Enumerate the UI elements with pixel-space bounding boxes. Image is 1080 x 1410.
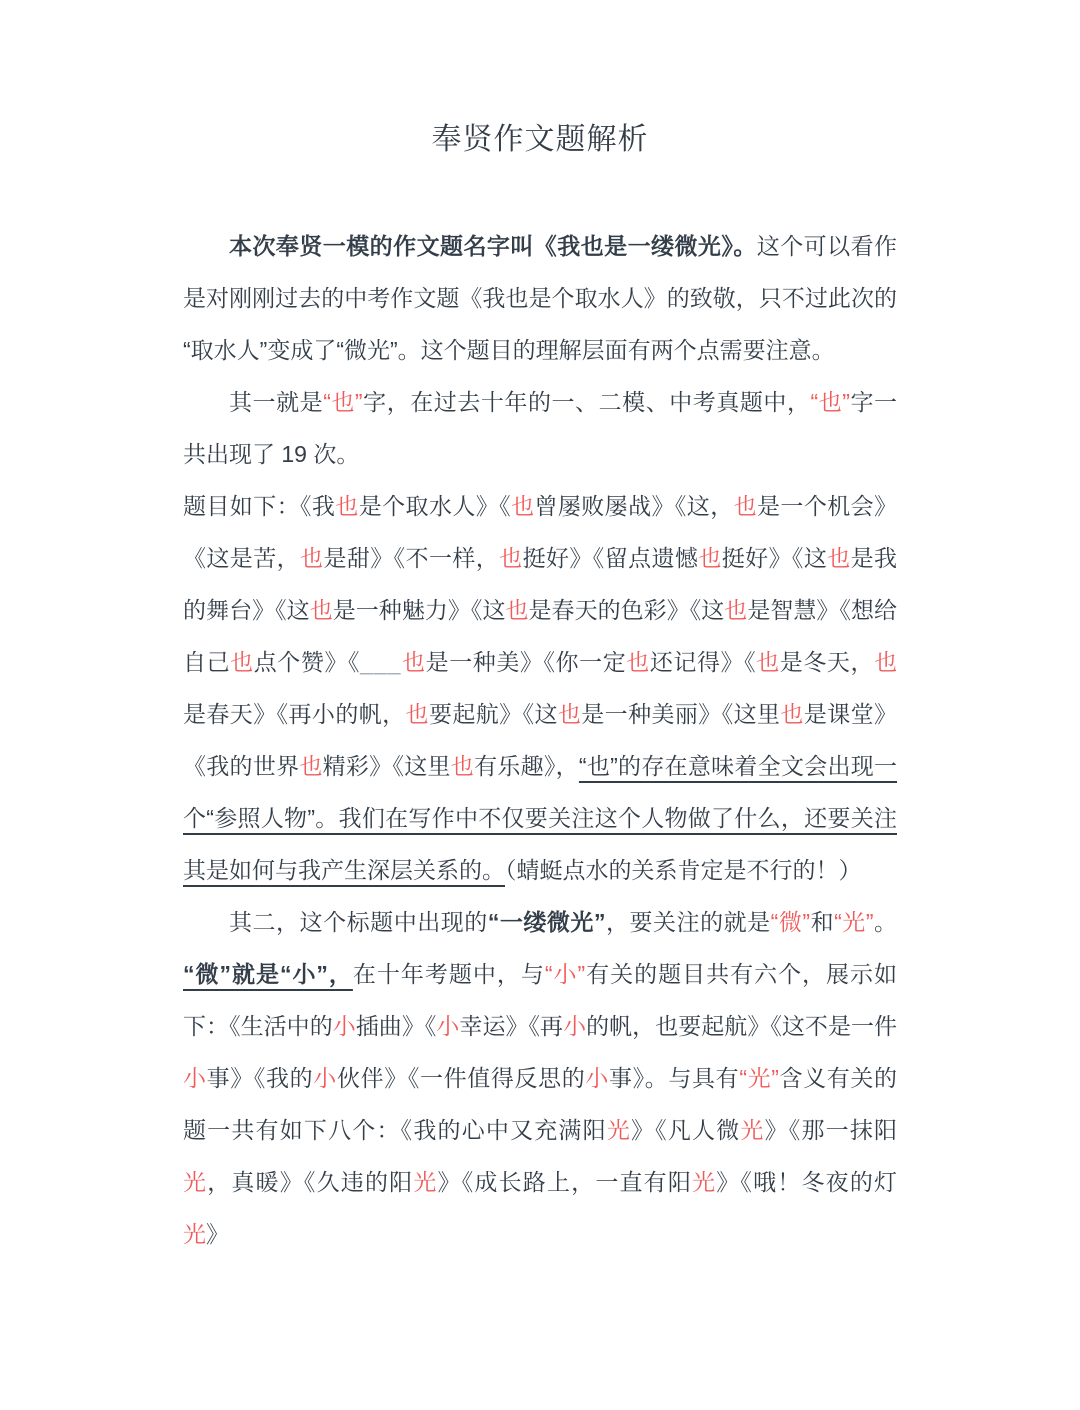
text-segment: 其二，这个标题中出现的 [229,909,488,935]
highlight-red-text: 也 [230,649,254,675]
text-segment: 精彩》《这里 [323,753,451,779]
text-segment: 是一种魅力》《这 [333,597,506,623]
text-segment: 是春天的色彩》《这 [529,597,725,623]
text-segment: 》 [206,1221,229,1247]
paragraph: 题目如下：《我也是个取水人》《也曾屡败屡战》《这，也是一个机会》《这是苦，也是甜… [183,480,897,896]
highlight-red-text: 也 [406,701,429,727]
highlight-red-text: 也 [335,493,358,519]
text-segment: 点个赞》《 [254,649,360,675]
text-segment: 还记得》《 [650,649,756,675]
blank-underline: ___ [360,649,401,675]
highlight-red-text: 也 [401,649,425,675]
text-segment: 在十年考题中，与 [353,961,545,987]
highlight-red-text: “光” [739,1065,779,1091]
highlight-red-text: “也” [811,389,850,415]
paragraph: 本次奉贤一模的作文题名字叫《我也是一缕微光》。这个可以看作是对刚刚过去的中考作文… [183,220,897,376]
text-segment: （蜻蜓点水的关系肯定是不行的！） [505,857,862,883]
highlight-red-text: 光 [740,1117,764,1143]
highlight-red-text: 小 [313,1065,337,1091]
paragraph: 其一就是“也”字，在过去十年的一、二模、中考真题中，“也”字一共出现了 19 次… [183,376,897,480]
highlight-red-text: “也” [323,389,362,415]
highlight-red-text: 也 [780,701,803,727]
highlight-red-text: “小” [545,961,585,987]
text-segment: 题目如下：《我 [183,493,335,519]
highlight-red-text: 也 [499,545,522,571]
text-segment: ，真暖》《久违的阳 [207,1169,413,1195]
highlight-red-text: 也 [451,753,474,779]
text-segment: “微”就是“小”， [183,961,353,987]
page-title: 奉贤作文题解析 [183,114,897,166]
text-segment: 事》。与具有 [609,1065,739,1091]
text-segment: 字，在过去十年的一、二模、中考真题中， [363,389,811,415]
highlight-red-text: 小 [333,1013,356,1039]
highlight-red-text: 也 [626,649,650,675]
text-segment: 其一就是 [229,389,323,415]
text-segment: 的帆，也要起航》《这不是一件 [586,1013,897,1039]
text-segment: ，要关注的就是 [605,909,770,935]
text-segment: 是个取水人》《 [359,493,511,519]
highlight-red-text: 光 [607,1117,631,1143]
text-segment: 。 [873,909,897,935]
text-segment: 挺好》《留点遗憾 [523,545,699,571]
highlight-red-text: 光 [183,1169,207,1195]
highlight-red-text: 也 [300,545,323,571]
highlight-red-text: “光” [834,909,873,935]
document-page: 奉贤作文题解析 本次奉贤一模的作文题名字叫《我也是一缕微光》。这个可以看作是对刚… [0,0,1080,1410]
highlight-red-text: 也 [310,597,333,623]
highlight-red-text: 光 [692,1169,716,1195]
highlight-red-text: 光 [413,1169,437,1195]
highlight-red-text: 也 [299,753,322,779]
highlight-red-text: 也 [558,701,581,727]
text-segment: 挺好》《这 [722,545,828,571]
highlight-red-text: 也 [724,597,747,623]
text-segment: 是一种美丽》《这里 [581,701,780,727]
highlight-red-text: “微” [771,909,810,935]
highlight-red-text: 小 [563,1013,586,1039]
text-segment: 》《那一抹阳 [765,1117,897,1143]
highlight-red-text: 也 [827,545,850,571]
text-segment: 插曲》《 [356,1013,437,1039]
text-segment: 》《凡人微 [631,1117,740,1143]
text-segment: 伙伴》《一件值得反思的 [337,1065,585,1091]
text-segment: 是一种美》《你一定 [426,649,627,675]
highlight-red-text: 也 [505,597,528,623]
text-segment: 曾屡败屡战》《这， [534,493,733,519]
text-segment: 》《哦！冬夜的灯 [716,1169,897,1195]
text-segment: 要起航》《这 [429,701,558,727]
text-segment: 事》《我的 [207,1065,314,1091]
text-segment: 是冬天， [780,649,874,675]
text-segment: 是甜》《不一样， [323,545,499,571]
paragraph: 其二，这个标题中出现的“一缕微光”，要关注的就是“微”和“光”。“微”就是“小”… [183,896,897,1260]
text-segment: 本次奉贤一模的作文题名字叫《我也是一缕微光》。 [229,233,757,259]
highlight-red-text: 小 [436,1013,459,1039]
text-segment: 是春天》《再小的帆， [183,701,406,727]
document-body: 本次奉贤一模的作文题名字叫《我也是一缕微光》。这个可以看作是对刚刚过去的中考作文… [183,220,897,1260]
highlight-red-text: 也 [511,493,534,519]
text-segment: 有乐趣》， [474,753,579,779]
highlight-red-text: 也 [734,493,757,519]
highlight-red-text: 也 [698,545,721,571]
highlight-red-text: 小 [585,1065,609,1091]
text-segment: 和 [810,909,834,935]
text-segment: 幸运》《再 [459,1013,563,1039]
highlight-red-text: 光 [183,1221,206,1247]
text-segment: “一缕微光” [488,909,606,935]
highlight-red-text: 也 [874,649,897,675]
text-segment: 》《成长路上，一直有阳 [438,1169,693,1195]
highlight-red-text: 也 [756,649,780,675]
highlight-red-text: 小 [183,1065,207,1091]
